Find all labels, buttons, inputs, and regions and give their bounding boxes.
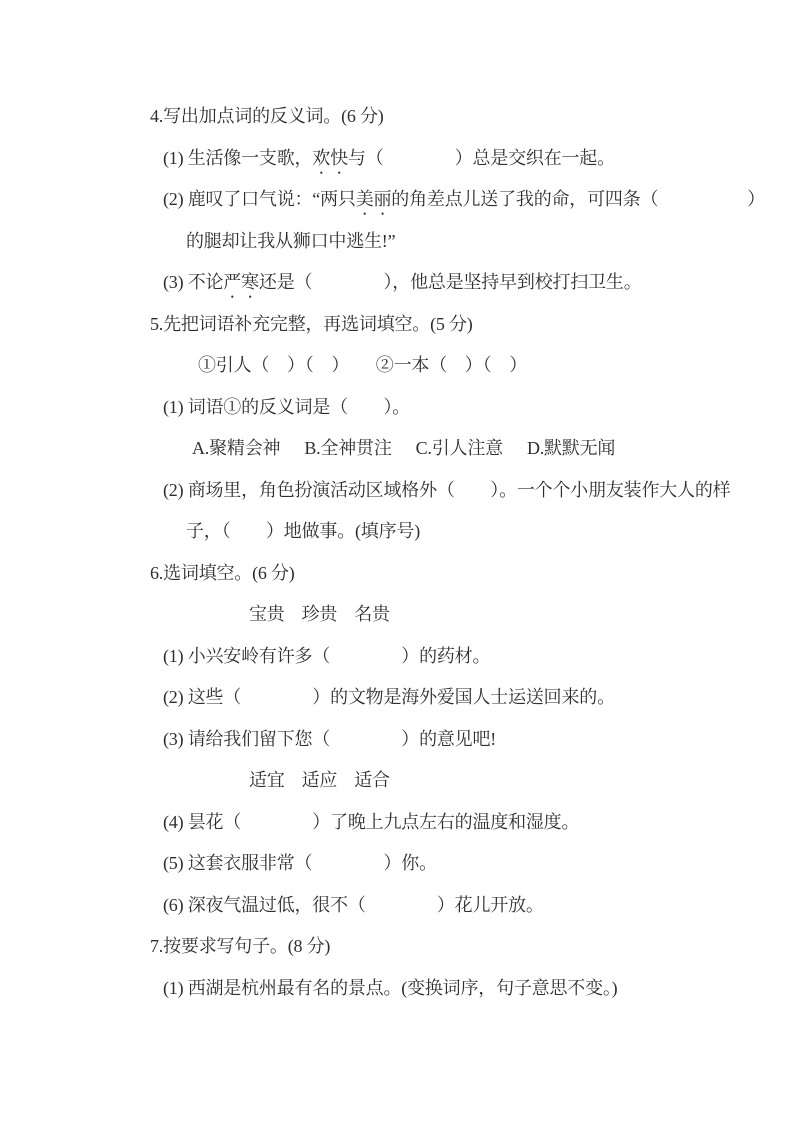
word-bank-item: 珍贵 [302, 594, 338, 636]
q6-item-4: (4) 昙花（ ）了晚上九点左右的温度和湿度。 [150, 802, 753, 844]
word-bank-item: 适合 [354, 760, 390, 802]
question-6-section: 6.选词填空。(6 分) 宝贵 珍贵 名贵 (1) 小兴安岭有许多（ ）的药材。… [150, 553, 753, 927]
q6-word-bank-2: 适宜 适应 适合 [150, 760, 753, 802]
q5-item-2-line-2: 子，（ ）地做事。(填序号) [150, 511, 753, 553]
question-5-section: 5.先把词语补充完整，再选词填空。(5 分) ①引人（ ）（ ） ②一本（ ）（… [150, 304, 753, 553]
q6-item-2: (2) 这些（ ）的文物是海外爱国人士运送回来的。 [150, 677, 753, 719]
text-segment: 还是（ ），他总是坚持早到校打扫卫生。 [259, 272, 642, 292]
option-b: B.全神贯注 [304, 428, 391, 470]
question-7-section: 7.按要求写句子。(8 分) (1) 西湖是杭州最有名的景点。(变换词序，句子意… [150, 926, 753, 1009]
dotted-word: 美丽 [356, 189, 392, 209]
question-4-section: 4.写出加点词的反义词。(6 分) (1) 生活像一支歌，欢快与（ ）总是交织在… [150, 96, 753, 304]
dotted-word: 严寒 [223, 272, 259, 292]
q4-item-2-line-1: (2) 鹿叹了口气说：“两只美丽的角差点儿送了我的命，可四条（ ） [150, 179, 753, 221]
q6-item-6: (6) 深夜气温过低，很不（ ）花儿开放。 [150, 885, 753, 927]
worksheet-page: 4.写出加点词的反义词。(6 分) (1) 生活像一支歌，欢快与（ ）总是交织在… [0, 0, 793, 1122]
q6-item-1: (1) 小兴安岭有许多（ ）的药材。 [150, 636, 753, 678]
question-7-title: 7.按要求写句子。(8 分) [150, 926, 753, 968]
word-bank-item: 名贵 [354, 594, 390, 636]
option-c: C.引人注意 [416, 428, 503, 470]
option-a: A.聚精会神 [192, 428, 280, 470]
dotted-word: 欢快 [312, 148, 348, 168]
question-5-title: 5.先把词语补充完整，再选词填空。(5 分) [150, 304, 753, 346]
q6-item-5: (5) 这套衣服非常（ ）你。 [150, 843, 753, 885]
question-6-title: 6.选词填空。(6 分) [150, 553, 753, 595]
q4-item-3: (3) 不论严寒还是（ ），他总是坚持早到校打扫卫生。 [150, 262, 753, 304]
q5-options-row: A.聚精会神 B.全神贯注 C.引人注意 D.默默无闻 [150, 428, 753, 470]
word-bank-item: 宝贵 [249, 594, 285, 636]
text-segment: (1) 生活像一支歌， [163, 148, 312, 168]
word-bank-item: 适宜 [249, 760, 285, 802]
question-4-title: 4.写出加点词的反义词。(6 分) [150, 96, 753, 138]
text-segment: 与（ ）总是交织在一起。 [348, 148, 615, 168]
q7-item-1: (1) 西湖是杭州最有名的景点。(变换词序，句子意思不变。) [150, 968, 753, 1010]
q5-item-2-line-1: (2) 商场里，角色扮演活动区域格外（ ）。一个个小朋友装作大人的样 [150, 470, 753, 512]
q4-item-1: (1) 生活像一支歌，欢快与（ ）总是交织在一起。 [150, 138, 753, 180]
q5-word-completion-blanks: ①引人（ ）（ ） ②一本（ ）（ ） [150, 345, 753, 387]
text-segment: 的角差点儿送了我的命，可四条（ ） [391, 189, 765, 209]
q5-item-1: (1) 词语①的反义词是（ ）。 [150, 387, 753, 429]
word-bank-item: 适应 [302, 760, 338, 802]
q6-item-3: (3) 请给我们留下您（ ）的意见吧! [150, 719, 753, 761]
text-segment: (2) 鹿叹了口气说：“两只 [163, 189, 356, 209]
q6-word-bank-1: 宝贵 珍贵 名贵 [150, 594, 753, 636]
q4-item-2-line-2: 的腿却让我从狮口中逃生!” [150, 221, 753, 263]
option-d: D.默默无闻 [527, 428, 615, 470]
text-segment: (3) 不论 [163, 272, 223, 292]
